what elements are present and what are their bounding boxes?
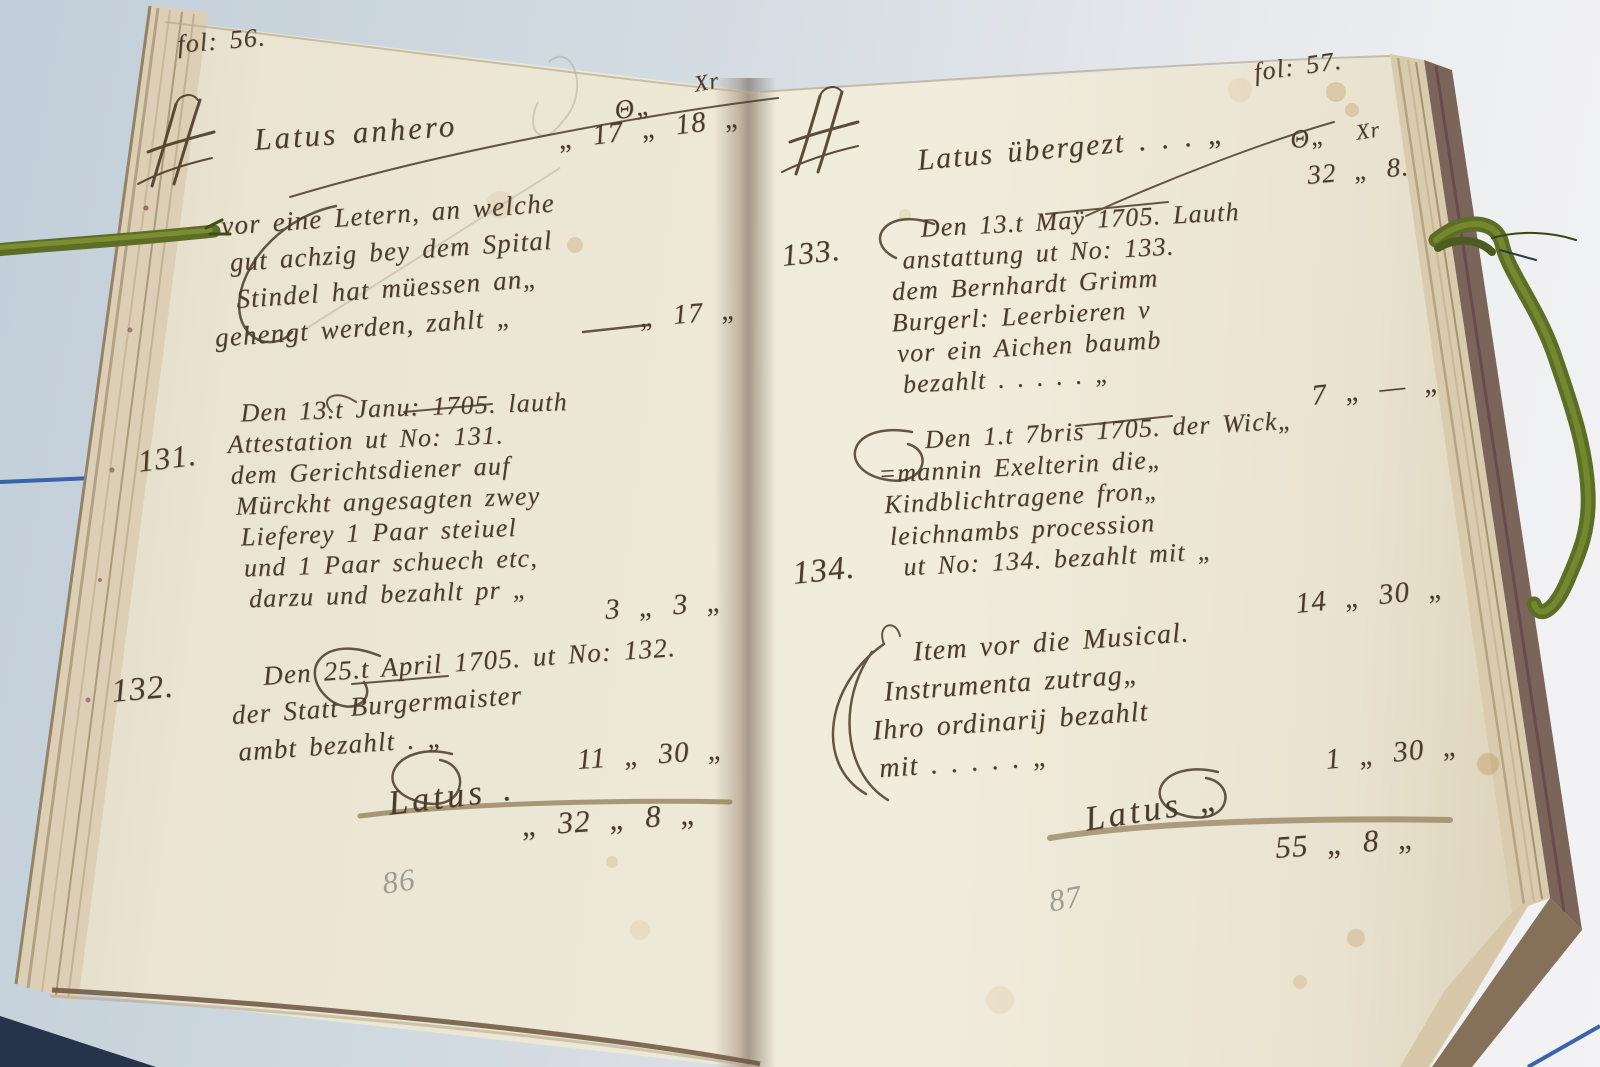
pencil-page-number-right: 87: [1046, 878, 1085, 919]
entry-number-133: 133.: [780, 232, 843, 274]
entry-item-musical-instruments: Item vor die Musical. Instrumenta zutrag…: [878, 614, 1199, 787]
manuscript-photo: fol: 56. Latus anhero Θ„ Xr „ 17 „ 18 „ …: [0, 0, 1600, 1067]
pencil-page-number-left: 86: [380, 861, 418, 901]
currency-kreuzer-right: Xr: [1354, 116, 1382, 145]
currency-florin-right: Θ„: [1288, 120, 1328, 155]
entry-133: Den 13.t Maÿ 1705. Lauth anstattung ut N…: [896, 196, 1248, 400]
currency-kreuzer-left: Xr: [692, 68, 722, 98]
entry-number-131: 131.: [136, 437, 199, 480]
entry-number-132: 132.: [110, 669, 176, 711]
entry-134: Den 1.t 7bris 1705. der Wick„ =mannin Ex…: [888, 405, 1301, 583]
left-intro-entry: vor eine Letern, an welche gut achzig be…: [220, 185, 564, 356]
entry-131: Den 13.t Janu: 1705. lauth Attestation u…: [226, 386, 575, 615]
entry-number-134: 134.: [791, 549, 857, 592]
book-gutter-shadow: [714, 78, 776, 1067]
